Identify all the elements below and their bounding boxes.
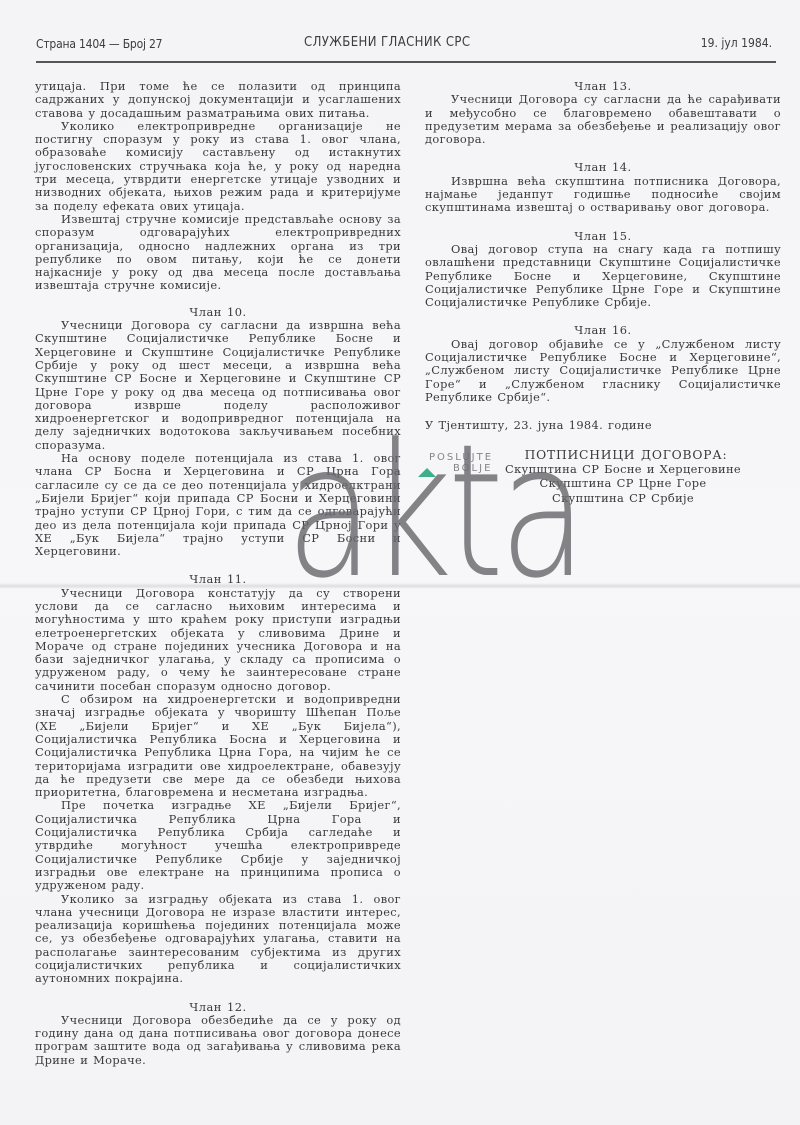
signer: Скупштина СР Црне Горе [465, 476, 781, 491]
slogan-line: POSLUJTE [429, 452, 493, 463]
document-page: Страна 1404 — Број 27 СЛУЖБЕНИ ГЛАСНИК С… [0, 0, 800, 1125]
paragraph: На основу поделе потенцијала из става 1.… [35, 452, 401, 558]
signer: Скупштина СР Босне и Херцеговине [465, 462, 781, 477]
publication-title: СЛУЖБЕНИ ГЛАСНИК СРС [304, 35, 470, 50]
paragraph: С обзиром на хидроенергетски и водопривр… [35, 693, 401, 799]
article-heading: Члан 16. [425, 324, 781, 337]
article-heading: Члан 10. [35, 306, 401, 319]
signer: Скупштина СР Србије [465, 491, 781, 506]
triangle-icon [418, 468, 436, 477]
article-heading: Члан 15. [425, 230, 781, 243]
paragraph: Учесници Договора обезбедиће да се у рок… [35, 1014, 401, 1067]
paragraph: Учесници Договора су сагласни да извршна… [35, 319, 401, 452]
paragraph: Уколико за изградњу објеката из става 1.… [35, 893, 401, 986]
header-divider [36, 61, 776, 63]
place-and-date: У Тјентишту, 23. јуна 1984. године [425, 419, 781, 432]
paragraph: Учесници Договора констатују да су створ… [35, 587, 401, 693]
watermark-slogan: POSLUJTE BOLJE [429, 452, 493, 474]
page-header: Страна 1404 — Број 27 СЛУЖБЕНИ ГЛАСНИК С… [36, 28, 772, 64]
left-column: утицаја. При томе ће се полазити од прин… [35, 80, 401, 1067]
article-heading: Члан 14. [425, 161, 781, 174]
article-heading: Члан 12. [35, 1001, 401, 1014]
right-column: Члан 13. Учесници Договора су сагласни д… [425, 80, 781, 505]
slogan-line: BOLJE [453, 463, 493, 474]
paragraph: Извештај стручне комисије представљаће о… [35, 213, 401, 293]
paragraph: Пре почетка изградње ХЕ „Бијели Бријег“,… [35, 799, 401, 892]
article-heading: Члан 13. [425, 80, 781, 93]
paragraph: Учесници Договора су сагласни да ће сара… [425, 93, 781, 146]
paragraph: утицаја. При томе ће се полазити од прин… [35, 80, 401, 120]
issue-date: 19. јул 1984. [701, 36, 772, 50]
article-heading: Члан 11. [35, 573, 401, 586]
paragraph: Овај договор ступа на снагу када га потп… [425, 243, 781, 309]
paragraph: Извршна већа скупштина потписника Догово… [425, 175, 781, 215]
paragraph: Овај договор објавиће се у „Службеном ли… [425, 338, 781, 404]
paragraph: Уколико електропривредне организације не… [35, 120, 401, 213]
page-number: Страна 1404 — Број 27 [36, 37, 162, 51]
